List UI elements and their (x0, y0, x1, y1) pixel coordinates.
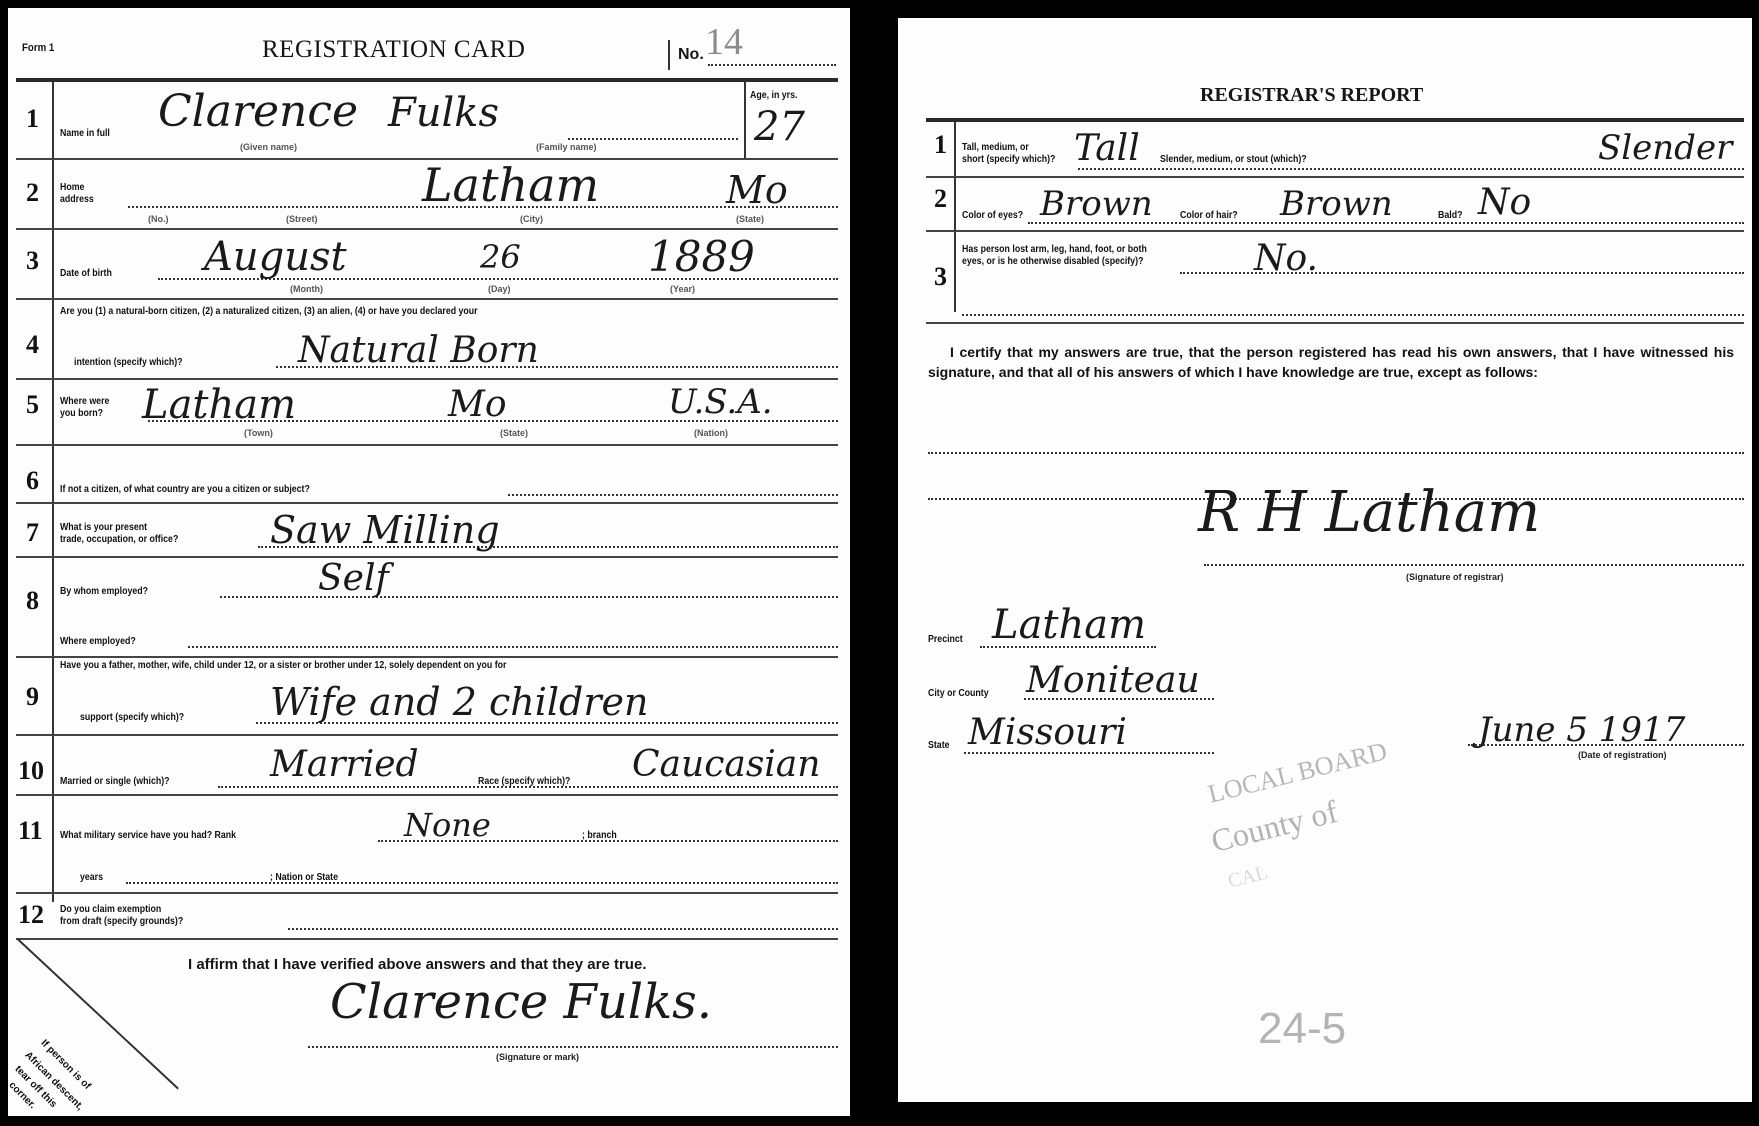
build-answer: Slender (1598, 128, 1732, 168)
birth-nation: U.S.A. (668, 382, 773, 422)
county-value: Moniteau (1026, 660, 1200, 701)
name-label: Name in full (60, 128, 110, 140)
dependents-answer: Wife and 2 children (270, 680, 648, 724)
race-answer: Caucasian (632, 744, 820, 785)
card-number: 14 (705, 20, 743, 64)
birth-month: August (204, 234, 347, 280)
card-title: REGISTRATION CARD (262, 36, 525, 64)
birth-town: Latham (142, 382, 296, 428)
birth-year: 1889 (648, 232, 755, 281)
occupation-answer: Saw Milling (270, 508, 500, 552)
citizenship-answer: Natural Born (298, 330, 539, 371)
number-label: No. (678, 46, 704, 64)
precinct-value: Latham (992, 602, 1146, 648)
eye-color-answer: Brown (1040, 184, 1153, 224)
home-state: Mo (726, 168, 788, 212)
bald-answer: No (1478, 182, 1531, 223)
registrars-report-card: REGISTRAR'S REPORT 1 Tall, medium, or sh… (898, 18, 1752, 1102)
report-title: REGISTRAR'S REPORT (1200, 84, 1423, 107)
given-name: Clarence (158, 86, 358, 137)
local-board-stamp: LOCAL BOARD (1205, 736, 1390, 809)
marital-answer: Married (270, 744, 419, 785)
row-number: 1 (26, 104, 39, 134)
birth-day: 26 (480, 238, 521, 276)
registrar-signature: R H Latham (1198, 480, 1540, 545)
registration-card: Form 1 REGISTRATION CARD No. 14 1 Name i… (8, 8, 850, 1116)
employer-answer: Self (318, 558, 389, 599)
certification-text: I certify that my answers are true, that… (928, 342, 1734, 382)
margin-line (52, 82, 54, 902)
divider (668, 40, 670, 70)
form-label: Form 1 (22, 42, 54, 54)
height-answer: Tall (1074, 128, 1140, 169)
registrant-signature: Clarence Fulks. (330, 974, 712, 1030)
age-value: 27 (754, 104, 805, 150)
family-name: Fulks (388, 90, 499, 136)
military-rank-answer: None (404, 806, 491, 844)
state-value: Missouri (968, 712, 1127, 753)
home-city: Latham (422, 158, 599, 212)
serial-stamp: 24-5 (1258, 1004, 1346, 1054)
divider (16, 78, 838, 82)
age-label: Age, in yrs. (750, 90, 797, 102)
hair-color-answer: Brown (1280, 184, 1393, 224)
affirmation-text: I affirm that I have verified above answ… (188, 956, 646, 973)
birth-state: Mo (448, 384, 507, 425)
tear-off-corner: If person is of African descent, tear of… (12, 938, 212, 1118)
